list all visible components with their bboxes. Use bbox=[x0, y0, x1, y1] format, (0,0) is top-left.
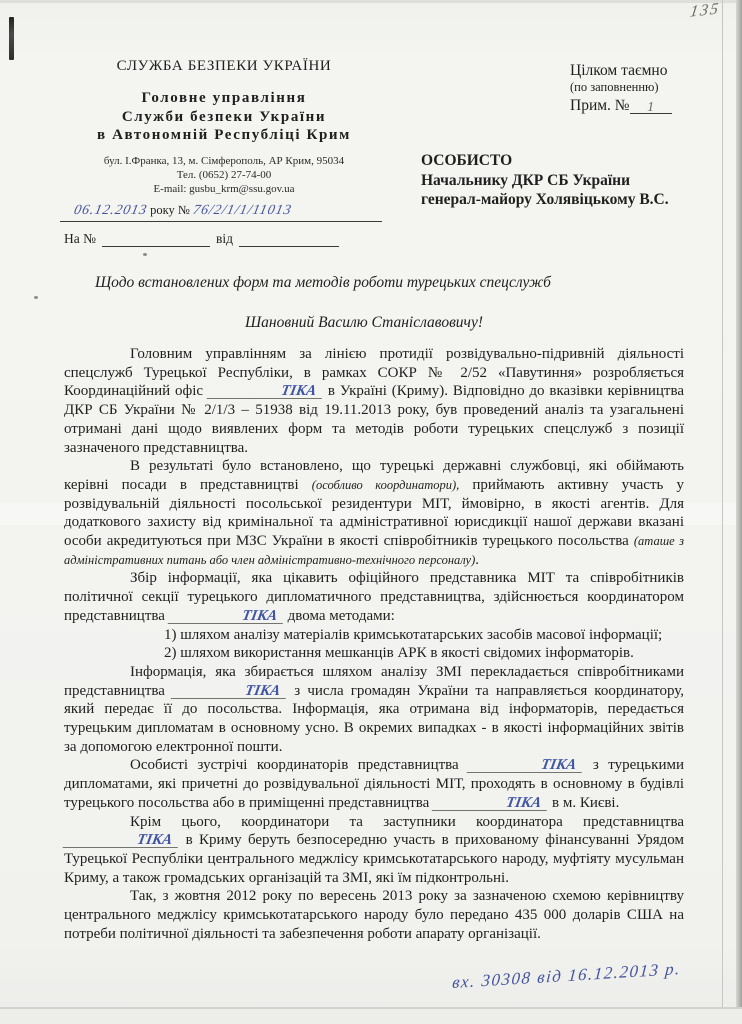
paragraph-7: Так, з жовтня 2012 року по вересень 2013… bbox=[64, 887, 684, 943]
inline-note: (особливо координатори), bbox=[312, 478, 459, 492]
list-item-1: 1) шляхом аналізу матеріалів кримськотат… bbox=[64, 626, 684, 645]
paragraph-text: Особисті зустрічі координаторів представ… bbox=[130, 757, 468, 773]
scan-right-edge-line bbox=[722, 0, 723, 1024]
paragraph-6: Крім цього, координатори та заступники к… bbox=[64, 813, 684, 888]
classification-note: (по заповненню) bbox=[570, 79, 672, 96]
outgoing-number-line: 06.12.2013 року № 76/2/1/1/11013 bbox=[60, 203, 382, 222]
handwritten-tika: ТІКА bbox=[467, 758, 585, 773]
handwritten-incoming-registration: вх. 30308 від 16.12.2013 р. bbox=[451, 959, 681, 993]
ref-date-blank bbox=[239, 233, 339, 247]
handwritten-tika: ТІКА bbox=[63, 833, 181, 848]
handwritten-page-number: 135 bbox=[689, 0, 721, 22]
classification-level: Цілком таємно bbox=[570, 62, 672, 79]
scan-speck bbox=[34, 296, 38, 299]
paragraph-4: Інформація, яка збирається шляхом аналіз… bbox=[64, 663, 684, 757]
department-line-1: Головне управління bbox=[56, 89, 392, 108]
paragraph-text: Крім цього, координатори та заступники к… bbox=[130, 814, 684, 830]
paragraph-3: Збір інформації, яка цікавить офіційного… bbox=[64, 569, 684, 625]
handwritten-copy-number: 1 bbox=[647, 100, 654, 115]
scanned-letter-page: 135 СЛУЖБА БЕЗПЕКИ УКРАЇНИ Головне управ… bbox=[0, 0, 742, 1024]
ref-number-blank bbox=[102, 233, 210, 247]
subject-line: Щодо встановлених форм та методів роботи… bbox=[64, 274, 684, 292]
paragraph-2: В результаті було встановлено, що турець… bbox=[64, 457, 684, 569]
handwritten-date: 06.12.2013 bbox=[72, 203, 148, 219]
ref-from-label: від bbox=[216, 231, 233, 246]
scan-right-edge-band bbox=[736, 0, 742, 1024]
scan-top-edge bbox=[0, 0, 742, 3]
org-name: СЛУЖБА БЕЗПЕКИ УКРАЇНИ bbox=[56, 58, 392, 75]
letterhead: СЛУЖБА БЕЗПЕКИ УКРАЇНИ Головне управлінн… bbox=[56, 58, 392, 247]
scan-speck bbox=[143, 253, 147, 256]
email: E-mail: gusbu_krm@ssu.gov.ua bbox=[56, 182, 392, 196]
paragraph-1: Головним управлінням за лінією протидії … bbox=[64, 345, 684, 457]
paragraph-text: в м. Києві. bbox=[548, 795, 619, 811]
copy-number-line: Прим. №1 bbox=[570, 97, 672, 114]
department-name: Головне управління Служби безпеки Україн… bbox=[56, 89, 392, 145]
handwritten-tika: ТІКА bbox=[432, 796, 550, 811]
copy-label: Прим. № bbox=[570, 97, 630, 114]
copy-number-blank: 1 bbox=[630, 98, 672, 114]
department-line-3: в Автономній Республіці Крим bbox=[56, 126, 392, 145]
paragraph-5: Особисті зустрічі координаторів представ… bbox=[64, 756, 684, 812]
staple-mark bbox=[9, 17, 14, 60]
handwritten-tika: ТІКА bbox=[171, 684, 289, 699]
handwritten-tika: ТІКА bbox=[167, 609, 285, 624]
addressee-personal-mark: ОСОБИСТО bbox=[421, 151, 669, 171]
paragraph-text: . bbox=[475, 552, 479, 568]
scan-bottom-band bbox=[0, 1009, 742, 1024]
salutation: Шановний Василю Станіславовичу! bbox=[64, 314, 664, 332]
contact-block: бул. І.Франка, 13, м. Сімферополь, АР Кр… bbox=[56, 154, 392, 196]
ref-label: На № bbox=[64, 231, 96, 246]
list-item-2: 2) шляхом використання мешканців АРК в я… bbox=[64, 644, 684, 663]
phone: Тел. (0652) 27-74-00 bbox=[56, 168, 392, 182]
street-address: бул. І.Франка, 13, м. Сімферополь, АР Кр… bbox=[56, 154, 392, 168]
addressee-block: ОСОБИСТО Начальнику ДКР СБ України генер… bbox=[421, 151, 669, 210]
date-label: року № bbox=[150, 203, 190, 217]
addressee-position: Начальнику ДКР СБ України bbox=[421, 171, 669, 191]
reference-line: На №від bbox=[56, 231, 392, 247]
paragraph-text: двома методами: bbox=[284, 608, 395, 624]
letter-body: Головним управлінням за лінією протидії … bbox=[64, 345, 684, 944]
handwritten-number: 76/2/1/1/11013 bbox=[191, 203, 293, 219]
handwritten-tika: ТІКА bbox=[207, 384, 325, 399]
department-line-2: Служби безпеки України bbox=[56, 108, 392, 127]
addressee-name: генерал-майору Холявіцькому В.С. bbox=[421, 190, 669, 210]
classification-stamp: Цілком таємно (по заповненню) Прим. №1 bbox=[570, 62, 672, 114]
